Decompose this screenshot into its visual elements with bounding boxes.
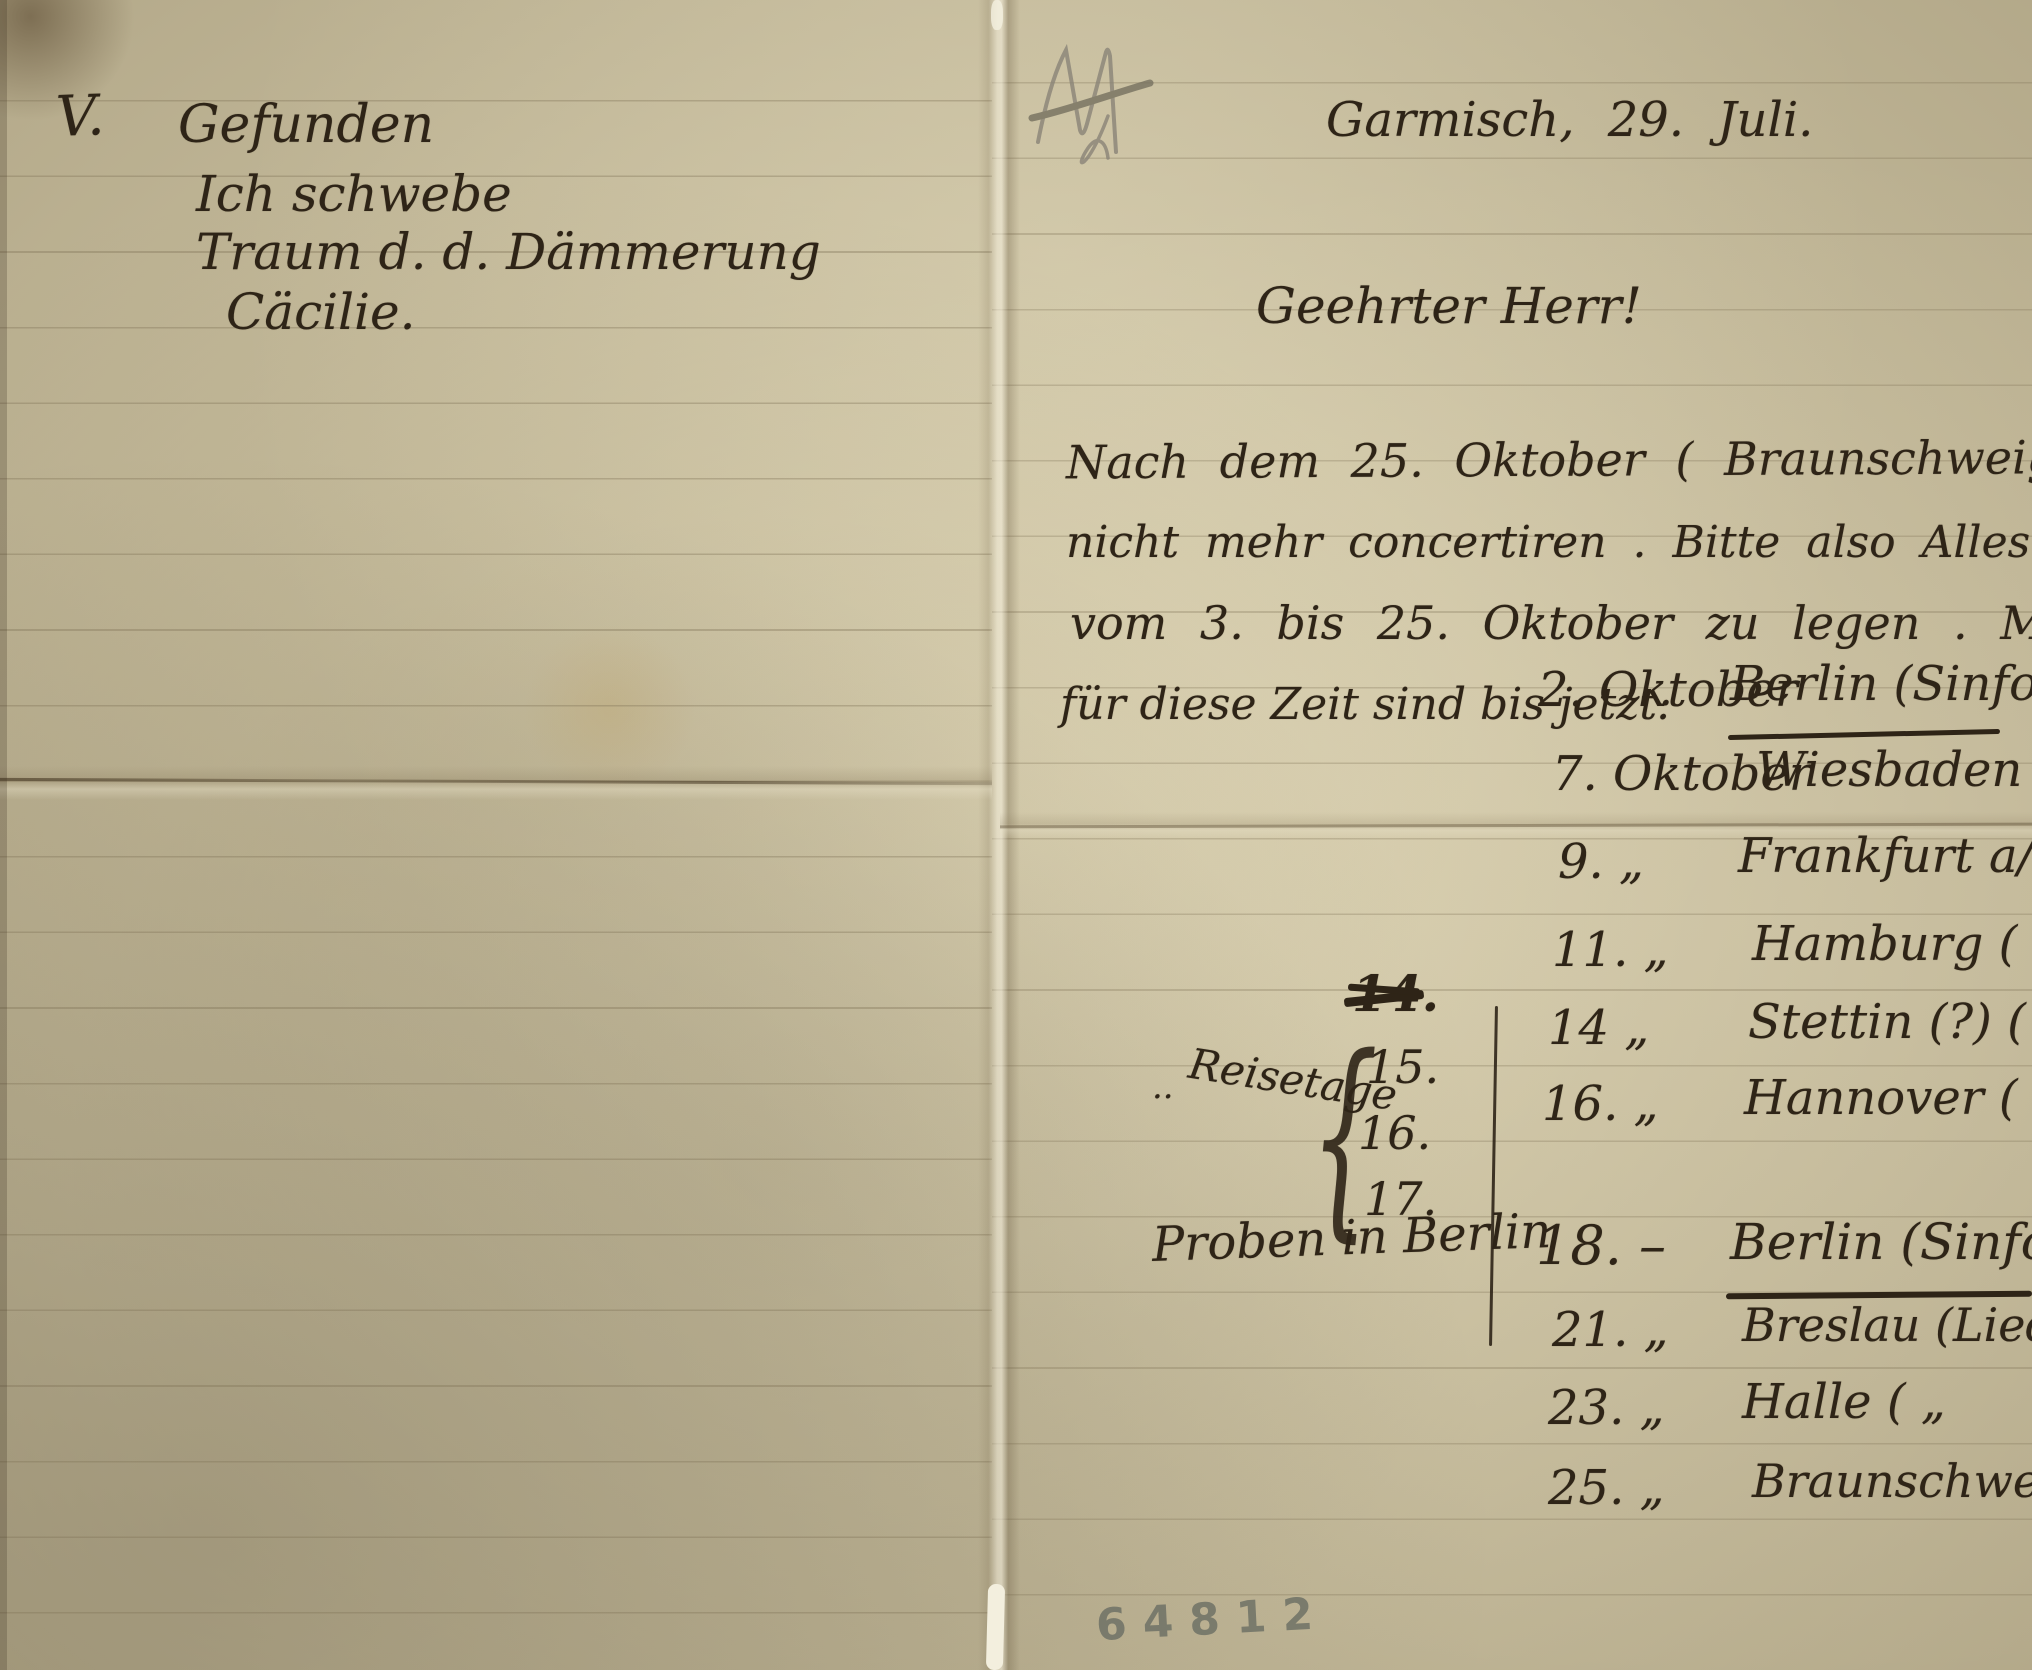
song-title-ich-schwebe: Ich schwebe bbox=[196, 166, 512, 222]
fold-crease-left-band bbox=[0, 766, 992, 800]
margin-dots: ·· bbox=[1152, 1078, 1174, 1116]
schedule-city-6: Berlin (Sinfonie bbox=[1730, 1214, 2032, 1270]
schedule-city-0: Berlin (Sinfonie) bbox=[1730, 658, 2032, 712]
fold-crease-vertical bbox=[978, 0, 1020, 1670]
body-line-1: Nach dem 25. Oktober ( Braunschweig) wol… bbox=[1066, 431, 2032, 489]
schedule-date-9: 25. „ bbox=[1548, 1462, 1664, 1516]
letter-scan: V. Gefunden Ich schwebe Traum d. d. Dämm… bbox=[0, 0, 2032, 1670]
bracket-day-16: 16. bbox=[1358, 1108, 1431, 1160]
schedule-city-1: Wiesbaden (Liederab bbox=[1756, 744, 2032, 798]
song-title-gefunden: Gefunden bbox=[178, 96, 434, 154]
body-line-3: vom 3. bis 25. Oktober zu legen . Meine … bbox=[1070, 598, 2032, 650]
archive-number-stamp: 64812 bbox=[1095, 1588, 1330, 1651]
underline-berlin-1 bbox=[1728, 729, 2000, 740]
body-line-2: nicht mehr concertiren . Bitte also Alle… bbox=[1066, 518, 2032, 567]
schedule-date-4: 14 „ bbox=[1548, 1002, 1649, 1056]
schedule-date-8: 23. „ bbox=[1548, 1382, 1664, 1436]
schedule-city-4: Stettin (?) ( „ ) bbox=[1748, 996, 2032, 1050]
schedule-city-5: Hannover ( „ ) bbox=[1744, 1072, 2032, 1126]
schedule-date-3: 11. „ bbox=[1552, 924, 1668, 978]
schedule-city-7: Breslau (Liederab bbox=[1742, 1300, 2032, 1352]
paper-tear-top bbox=[991, 0, 1003, 30]
paper-tear-bottom bbox=[986, 1584, 1005, 1670]
schedule-city-2: Frankfurt a/M ( „ bbox=[1738, 830, 2032, 884]
schedule-date-2: 9. „ bbox=[1558, 836, 1644, 890]
schedule-city-3: Hamburg ( „ ) bbox=[1752, 918, 2032, 972]
schedule-date-7: 21. „ bbox=[1552, 1304, 1668, 1358]
fold-crease-left bbox=[0, 778, 992, 785]
salutation: Geehrter Herr! bbox=[1256, 278, 1642, 334]
pencil-mark-icon bbox=[1026, 20, 1186, 180]
schedule-date-5: 16. „ bbox=[1542, 1078, 1658, 1132]
song-title-caecilie: Cäcilie. bbox=[226, 284, 416, 340]
bracket-day-15: 15. bbox=[1366, 1042, 1439, 1094]
left-edge-shadow bbox=[0, 0, 7, 1670]
schedule-city-9: Braunschweig ( „ bbox=[1752, 1456, 2032, 1508]
ink-divider-line bbox=[1489, 1006, 1498, 1346]
dateline: Garmisch, 29. Juli. bbox=[1326, 94, 1813, 148]
section-numeral: V. bbox=[55, 85, 106, 149]
schedule-city-8: Halle ( „ bbox=[1742, 1376, 1946, 1430]
schedule-date-6: 18. – bbox=[1536, 1216, 1666, 1276]
song-title-traum: Traum d. d. Dämmerung bbox=[196, 224, 821, 280]
